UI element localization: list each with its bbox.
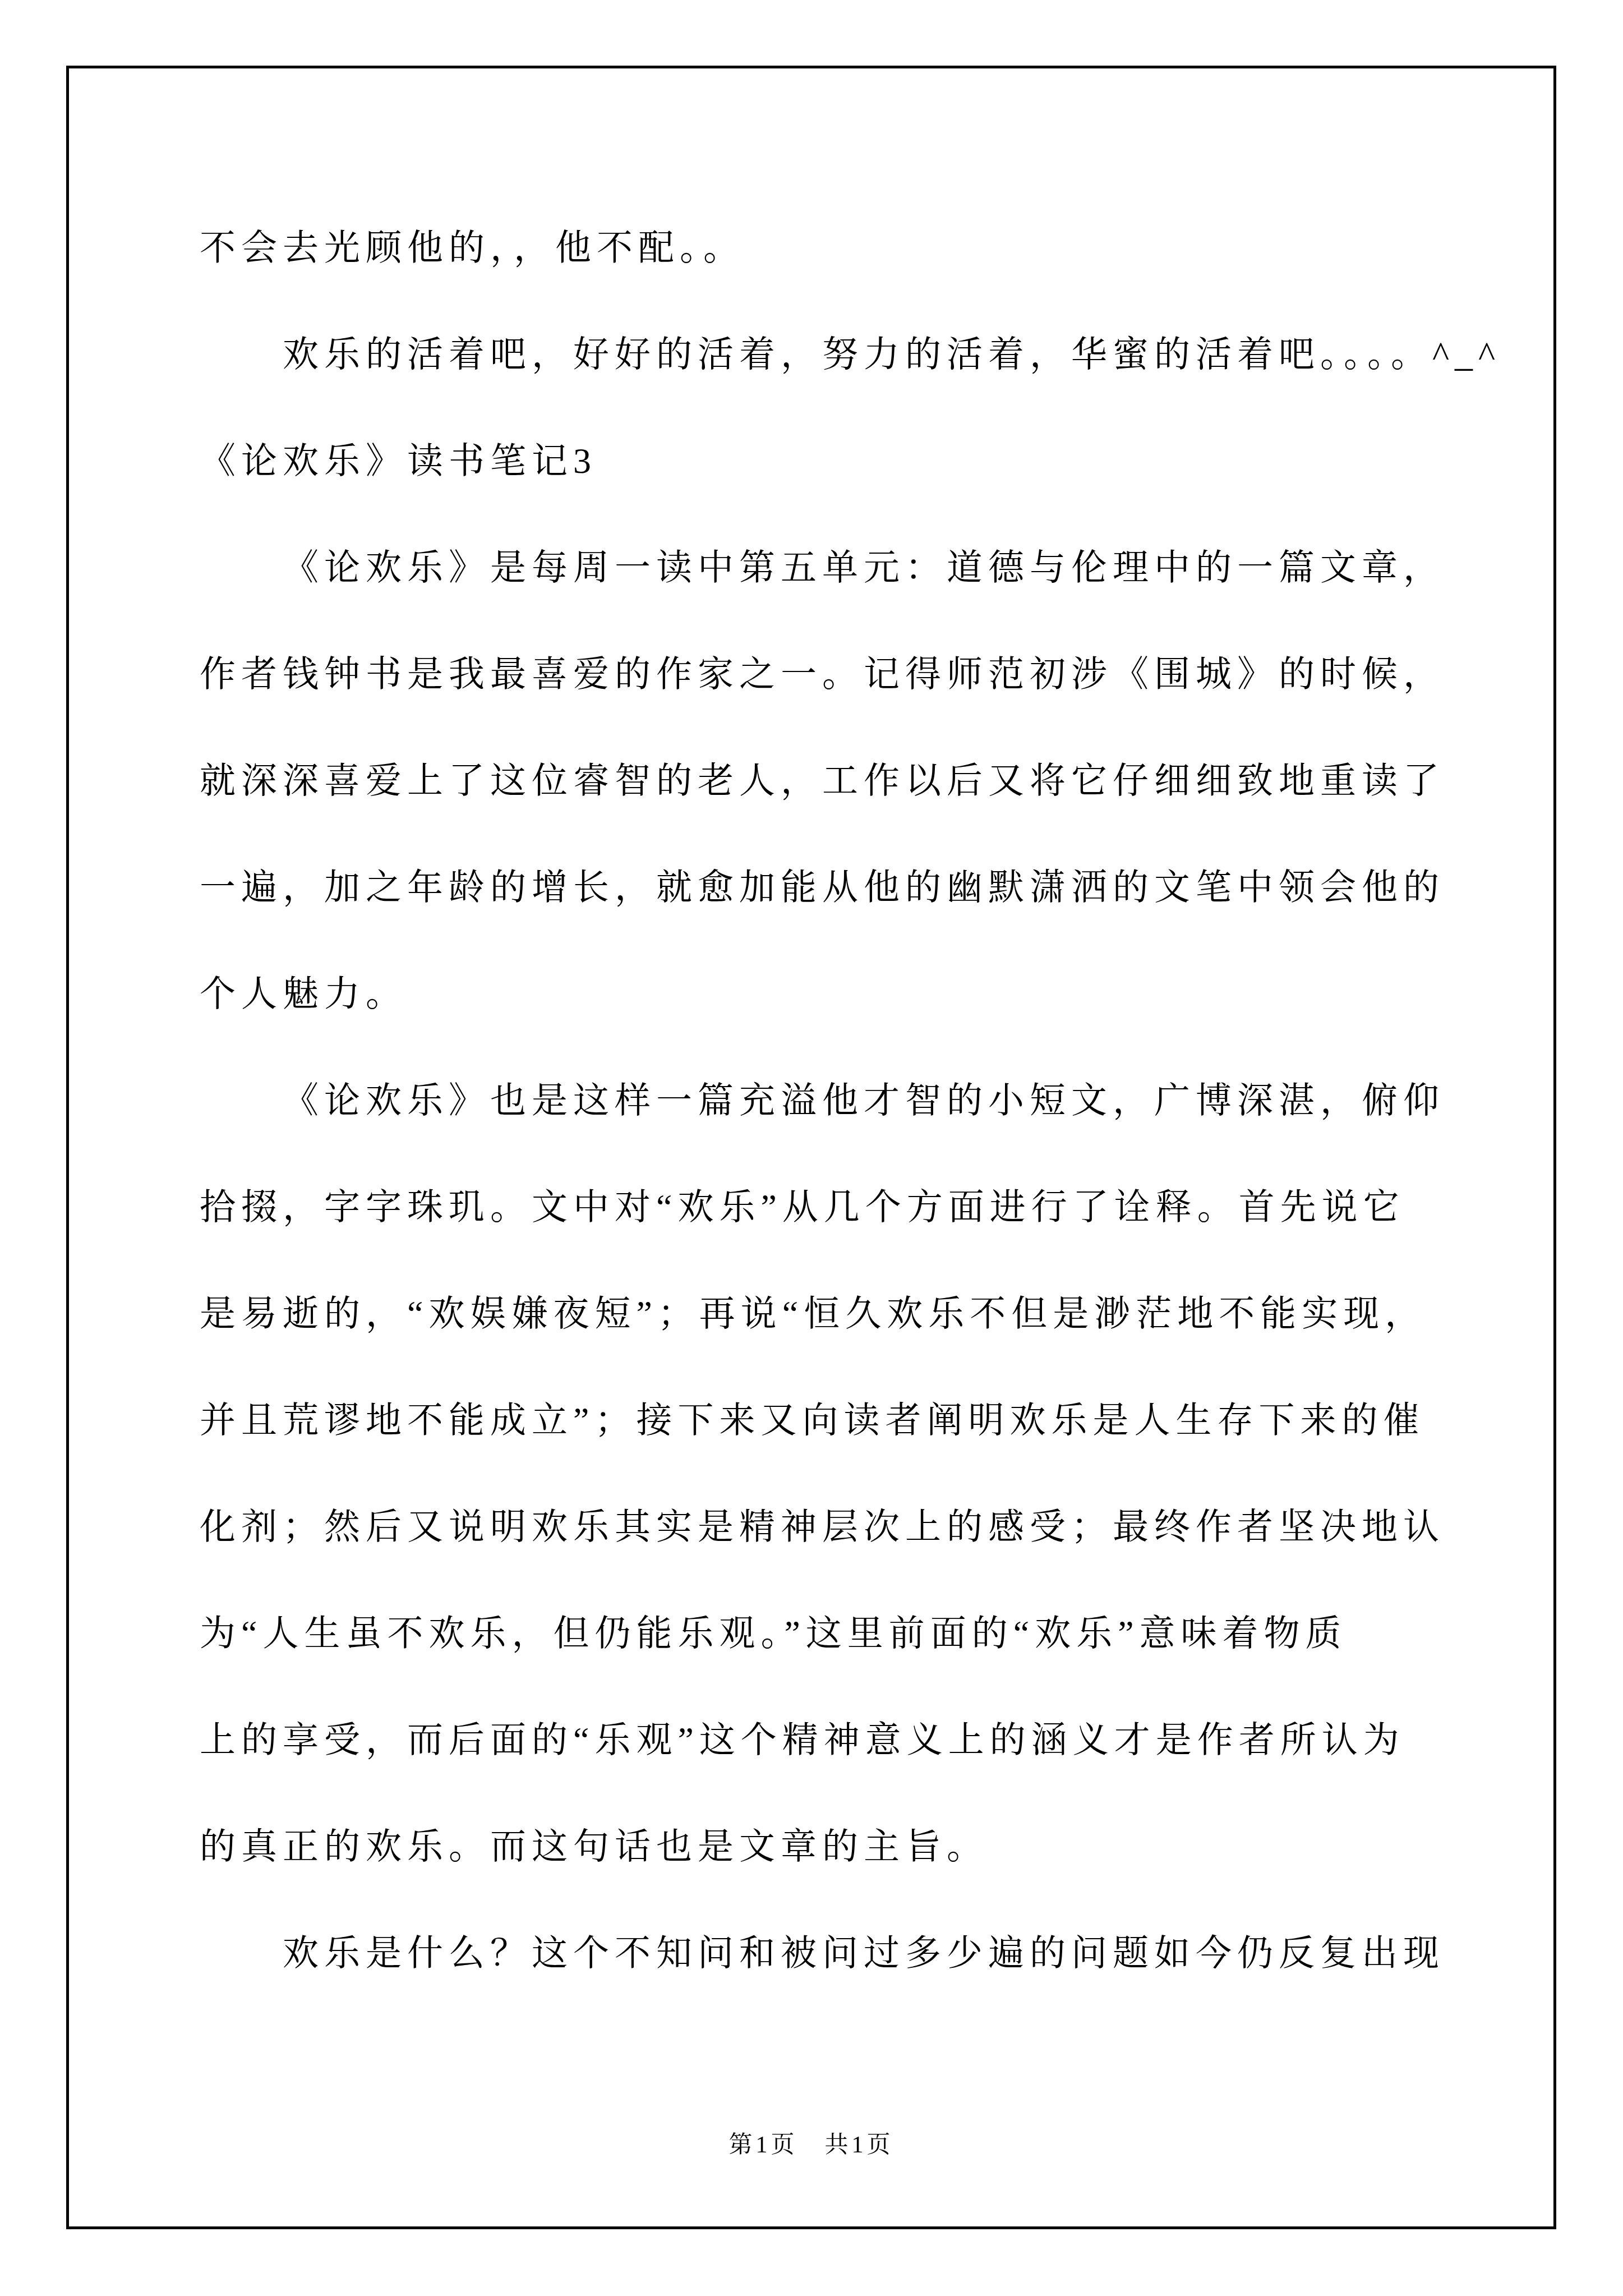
text-line: 拾掇，字字珠玑。文中对“欢乐”从几个方面进行了诠释。首先说它 <box>200 1154 1456 1260</box>
text-line: 上的享受，而后面的“乐观”这个精神意义上的涵义才是作者所认为 <box>200 1687 1456 1793</box>
text-line: 《论欢乐》也是这样一篇充溢他才智的小短文，广博深湛，俯仰 <box>200 1047 1456 1154</box>
text-line: 并且荒谬地不能成立”；接下来又向读者阐明欢乐是人生存下来的催 <box>200 1367 1456 1474</box>
text-line: 不会去光顾他的，，他不配。。 <box>200 195 1456 301</box>
document-body: 不会去光顾他的，，他不配。。欢乐的活着吧，好好的活着，努力的活着，华蜜的活着吧。… <box>200 195 1456 2007</box>
text-line: 个人魅力。 <box>200 941 1456 1047</box>
text-line: 化剂；然后又说明欢乐其实是精神层次上的感受；最终作者坚决地认 <box>200 1474 1456 1580</box>
text-line: 作者钱钟书是我最喜爱的作家之一。记得师范初涉《围城》的时候， <box>200 621 1456 728</box>
text-line: 是易逝的，“欢娱嫌夜短”；再说“恒久欢乐不但是渺茫地不能实现， <box>200 1260 1456 1367</box>
text-line: 《论欢乐》是每周一读中第五单元：道德与伦理中的一篇文章， <box>200 514 1456 621</box>
text-line: 的真正的欢乐。而这句话也是文章的主旨。 <box>200 1793 1456 1900</box>
text-line: 欢乐是什么？这个不知问和被问过多少遍的问题如今仍反复出现 <box>200 1900 1456 2007</box>
text-line: 一遍，加之年龄的增长，就愈加能从他的幽默潇洒的文笔中领会他的 <box>200 834 1456 941</box>
page-number-footer: 第1页 共1页 <box>69 2126 1553 2160</box>
text-line: 欢乐的活着吧，好好的活着，努力的活着，华蜜的活着吧。。。。^_^ <box>200 301 1456 408</box>
text-line: 为“人生虽不欢乐，但仍能乐观。”这里前面的“欢乐”意味着物质 <box>200 1580 1456 1687</box>
text-line: 《论欢乐》读书笔记3 <box>200 408 1456 514</box>
text-line: 就深深喜爱上了这位睿智的老人，工作以后又将它仔细细致地重读了 <box>200 728 1456 834</box>
document-page: { "page": { "background": "#ffffff", "bo… <box>0 0 1623 2296</box>
